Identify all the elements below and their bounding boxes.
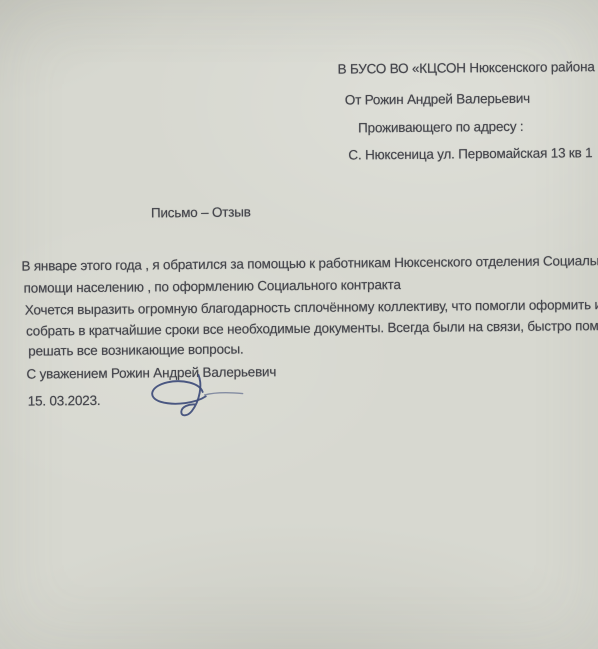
signature-tail-stroke [205,393,243,395]
paragraph1-line: В январе этого года , я обратился за пом… [21,253,598,275]
letter-photo: В БУСО ВО «КЦСОН Нюксенского района « От… [0,0,598,649]
header-address-line: С. Нюксеница ул. Первомайская 13 кв 1 [348,145,592,163]
header-sender-line: От Рожин Андрей Валерьевич [345,91,530,109]
header-recipient-line: В БУСО ВО «КЦСОН Нюксенского района « [337,59,598,78]
letter-content: В БУСО ВО «КЦСОН Нюксенского района « От… [0,0,598,649]
paragraph2-line: собрать в кратчайшие сроки все необходим… [26,318,598,340]
paragraph1-line: помощи населению , по оформлению Социаль… [24,277,401,297]
letter-title: Письмо – Отзыв [151,204,251,221]
header-address-label-line: Проживающего по адресу : [358,119,523,137]
paragraph2-line: решать все возникающие вопросы. [28,342,243,360]
paragraph2-line: Хочется выразить огромную благодарность … [25,297,598,319]
date-line: 15. 03.2023. [28,393,101,410]
handwritten-signature-icon [136,371,248,424]
